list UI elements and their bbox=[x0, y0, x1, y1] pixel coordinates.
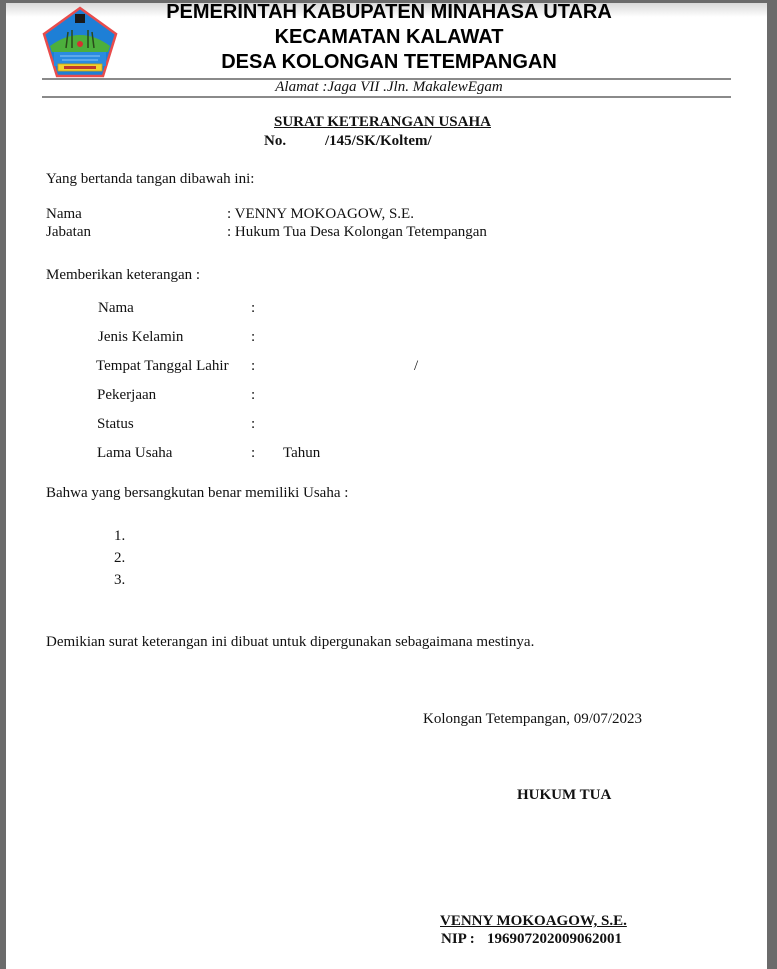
business-item-3: 3. bbox=[114, 572, 125, 589]
field-colon: : bbox=[251, 358, 255, 375]
nip-value: 196907202009062001 bbox=[487, 931, 622, 948]
field-label-lama-usaha: Lama Usaha bbox=[97, 445, 172, 462]
letter-title: SURAT KETERANGAN USAHA bbox=[274, 114, 491, 131]
field-colon: : bbox=[251, 416, 255, 433]
place-date: Kolongan Tetempangan, 09/07/2023 bbox=[423, 711, 642, 728]
nip-label: NIP : bbox=[441, 931, 475, 948]
closing-text: Demikian surat keterangan ini dibuat unt… bbox=[46, 634, 534, 651]
field-colon: : bbox=[251, 387, 255, 404]
intro-text: Yang bertanda tangan dibawah ini: bbox=[46, 171, 254, 188]
document-page: PEMERINTAH KABUPATEN MINAHASA UTARA KECA… bbox=[6, 3, 767, 969]
field-label-status: Status bbox=[97, 416, 134, 433]
field-label-pekerjaan: Pekerjaan bbox=[97, 387, 156, 404]
business-item-1: 1. bbox=[114, 528, 125, 545]
signer-position-label: Jabatan bbox=[46, 224, 91, 241]
header-rule-bottom bbox=[42, 96, 731, 98]
kop-line-1: PEMERINTAH KABUPATEN MINAHASA UTARA bbox=[89, 1, 689, 24]
business-intro: Bahwa yang bersangkutan benar memiliki U… bbox=[46, 485, 348, 502]
field-colon: : bbox=[251, 329, 255, 346]
address-line: Alamat :Jaga VII .Jln. MakalewEgam bbox=[89, 79, 689, 96]
field-label-ttl: Tempat Tanggal Lahir bbox=[96, 358, 229, 375]
field-colon: : bbox=[251, 445, 255, 462]
field-label-nama: Nama bbox=[98, 300, 134, 317]
letter-number-label: No. bbox=[264, 133, 286, 150]
field-value-ttl: / bbox=[414, 358, 418, 375]
statement-text: Memberikan keterangan : bbox=[46, 267, 200, 284]
field-label-jenis-kelamin: Jenis Kelamin bbox=[98, 329, 183, 346]
signer-position-value: : Hukum Tua Desa Kolongan Tetempangan bbox=[227, 224, 487, 241]
signer-name-label: Nama bbox=[46, 206, 82, 223]
signer-name-value: : VENNY MOKOAGOW, S.E. bbox=[227, 206, 414, 223]
field-value-lama-usaha: Tahun bbox=[283, 445, 320, 462]
signer-title: HUKUM TUA bbox=[517, 787, 611, 804]
kop-line-3: DESA KOLONGAN TETEMPANGAN bbox=[89, 51, 689, 74]
signer-name: VENNY MOKOAGOW, S.E. bbox=[440, 913, 627, 930]
letter-number-value: /145/SK/Koltem/ bbox=[325, 133, 432, 150]
field-colon: : bbox=[251, 300, 255, 317]
business-item-2: 2. bbox=[114, 550, 125, 567]
kop-line-2: KECAMATAN KALAWAT bbox=[89, 26, 689, 49]
